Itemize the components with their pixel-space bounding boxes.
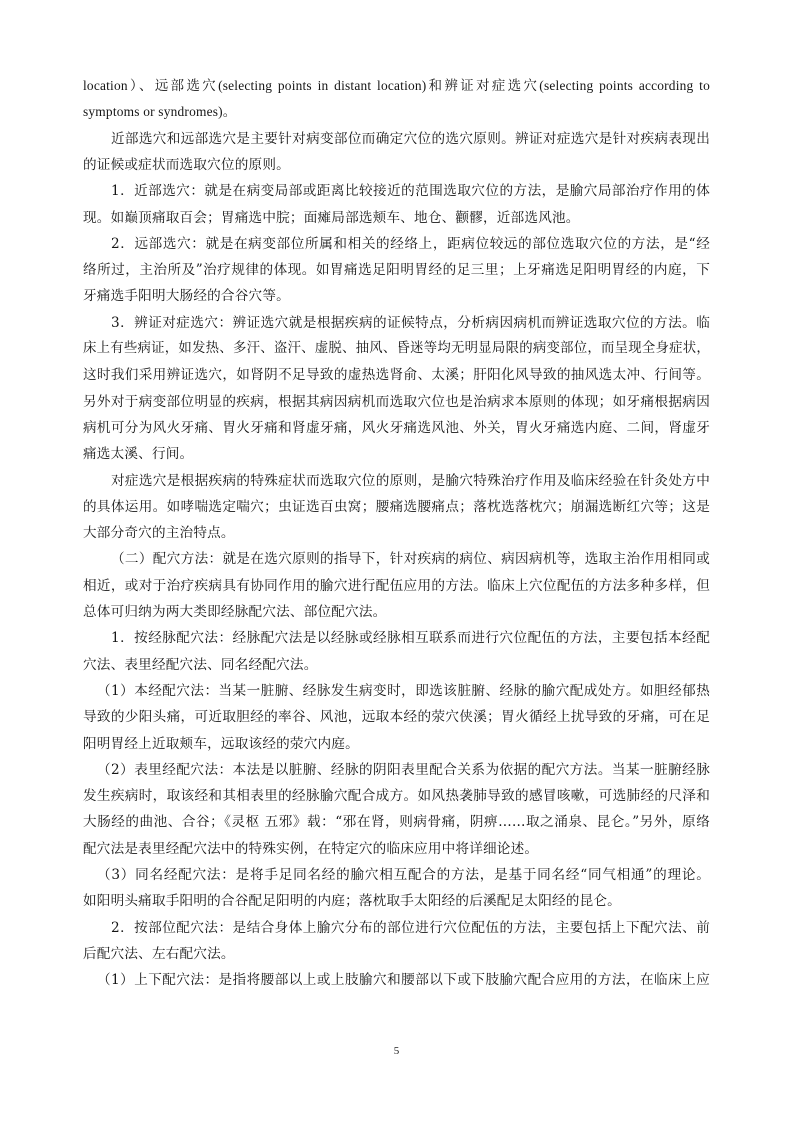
text-line: （1）上下配穴法：是指将腰部以上或上肢腧穴和腰部以下或下肢腧穴配合应用的方法，在… <box>97 970 710 990</box>
text-line: 导致的少阳头痛，可近取胆经的率谷、风池，远取本经的荥穴侠溪；胃火循经上扰导致的牙… <box>83 707 710 727</box>
text-line: 大部分奇穴的主治特点。 <box>83 523 710 543</box>
text-line: 床上有些病证，如发热、多汗、盗汗、虚脱、抽风、昏迷等均无明显局限的病变部位，而呈… <box>83 339 710 359</box>
text-line: 这时我们采用辨证选穴，如肾阴不足导致的虚热选肾俞、太溪；肝阳化风导致的抽风选太冲… <box>83 365 710 385</box>
text-line: 现。如巅顶痛取百会；胃痛选中脘；面瘫局部选颊车、地仓、颧髎，近部选风池。 <box>83 208 710 228</box>
text-line: 对症选穴是根据疾病的特殊症状而选取穴位的原则，是腧穴特殊治疗作用及临床经验在针灸… <box>111 471 710 491</box>
text-line: 2．远部选穴：就是在病变部位所属和相关的经络上，距病位较远的部位选取穴位的方法，… <box>111 234 710 254</box>
document-page: location）、远部选穴(selecting points in dista… <box>0 0 793 1122</box>
text-line: 如阳明头痛取手阳明的合谷配足阳明的内庭；落枕取手太阳经的后溪配足太阳经的昆仑。 <box>83 891 710 911</box>
text-line: 总体可归纳为两大类即经脉配穴法、部位配穴法。 <box>83 602 710 622</box>
text-line: 络所过，主治所及”治疗规律的体现。如胃痛选足阳明胃经的足三里；上牙痛选足阳明胃经… <box>83 260 710 280</box>
text-line: 后配穴法、左右配穴法。 <box>83 944 710 964</box>
text-line: （2）表里经配穴法：本法是以脏腑、经脉的阴阳表里配合关系为依据的配穴方法。当某一… <box>97 760 710 780</box>
text-line: （1）本经配穴法：当某一脏腑、经脉发生病变时，即选该脏腑、经脉的腧穴配成处方。如… <box>97 681 710 701</box>
text-line: （3）同名经配穴法：是将手足同名经的腧穴相互配合的方法，是基于同名经“同气相通”… <box>97 865 710 885</box>
text-line: 相近，或对于治疗疾病具有协同作用的腧穴进行配伍应用的方法。临床上穴位配伍的方法多… <box>83 576 710 596</box>
text-line: 2．按部位配穴法：是结合身体上腧穴分布的部位进行穴位配伍的方法，主要包括上下配穴… <box>111 918 710 938</box>
text-line: 配穴法是表里经配穴法中的特殊实例，在特定穴的临床应用中将详细论述。 <box>83 839 710 859</box>
text-line: 牙痛选手阳明大肠经的合谷穴等。 <box>83 286 710 306</box>
text-line: 阳明胃经上近取颊车，远取该经的荥穴内庭。 <box>83 734 710 754</box>
text-line: 的证候或症状而选取穴位的原则。 <box>83 155 710 175</box>
text-line: 发生疾病时，取该经和其相表里的经脉腧穴配合成方。如风热袭肺导致的感冒咳嗽，可选肺… <box>83 786 710 806</box>
text-line: 穴法、表里经配穴法、同名经配穴法。 <box>83 655 710 675</box>
page-number: 5 <box>0 1045 793 1057</box>
text-line: 病机可分为风火牙痛、胃火牙痛和肾虚牙痛，风火牙痛选风池、外关，胃火牙痛选内庭、二… <box>83 418 710 438</box>
text-line: 痛选太溪、行间。 <box>83 444 710 464</box>
text-line: location）、远部选穴(selecting points in dista… <box>83 76 710 96</box>
text-line: 1．近部选穴：就是在病变局部或距离比较接近的范围选取穴位的方法，是腧穴局部治疗作… <box>111 181 710 201</box>
text-line: 1．按经脉配穴法：经脉配穴法是以经脉或经脉相互联系而进行穴位配伍的方法，主要包括… <box>111 628 710 648</box>
text-line: 的具体运用。如哮喘选定喘穴；虫证选百虫窝；腰痛选腰痛点；落枕选落枕穴；崩漏选断红… <box>83 497 710 517</box>
text-line: 近部选穴和远部选穴是主要针对病变部位而确定穴位的选穴原则。辨证对症选穴是针对疾病… <box>111 129 710 149</box>
text-line: （二）配穴方法：就是在选穴原则的指导下，针对疾病的病位、病因病机等，选取主治作用… <box>111 549 710 569</box>
text-line: 3．辨证对症选穴：辨证选穴就是根据疾病的证候特点，分析病因病机而辨证选取穴位的方… <box>111 313 710 333</box>
text-line: 另外对于病变部位明显的疾病，根据其病因病机而选取穴位也是治病求本原则的体现；如牙… <box>83 392 710 412</box>
text-line: 大肠经的曲池、合谷；《灵枢 五邪》载：“邪在肾，则病骨痛，阴痹……取之涌泉、昆仑… <box>83 812 710 832</box>
text-line: symptoms or syndromes)。 <box>83 102 710 122</box>
